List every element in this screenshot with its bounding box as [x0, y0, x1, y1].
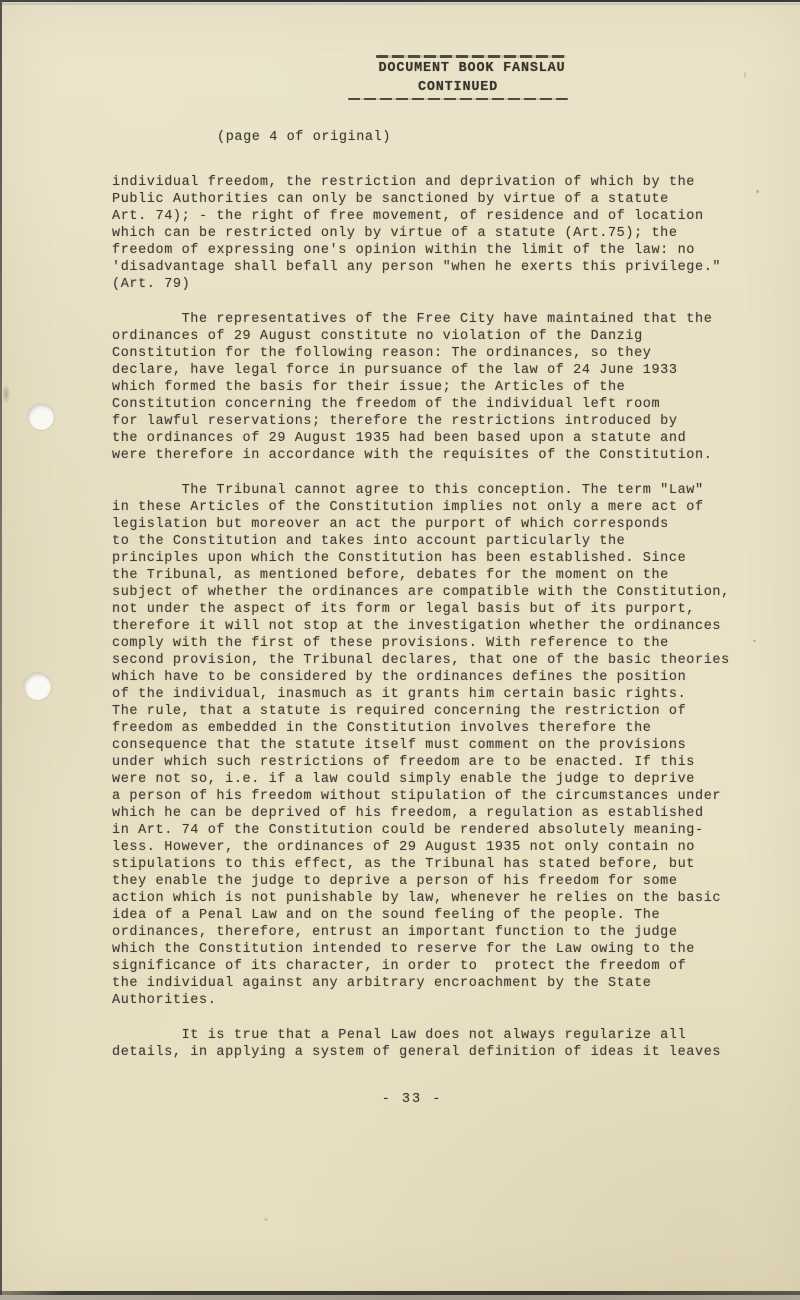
paragraph-tribunal-opinion: The Tribunal cannot agree to this concep…: [112, 482, 760, 1009]
scan-edge-bottom-gray: [0, 1295, 800, 1300]
scanned-document-page: DOCUMENT BOOK FANSLAU CONTINUED (page 4 …: [0, 0, 800, 1300]
paragraph-penal-law: It is true that a Penal Law does not alw…: [112, 1027, 760, 1061]
scan-speck: [264, 1218, 268, 1221]
document-book-title: DOCUMENT BOOK FANSLAU: [376, 60, 568, 77]
header-rule-top: [376, 55, 566, 58]
original-page-reference: (page 4 of original): [217, 130, 391, 145]
punch-hole-top: [28, 404, 54, 430]
scan-speck: [744, 72, 746, 78]
scan-speck: [2, 384, 10, 404]
paragraph-individual-freedom: individual freedom, the restriction and …: [112, 174, 760, 293]
scan-edge-left: [0, 0, 2, 1300]
document-header: DOCUMENT BOOK FANSLAU CONTINUED: [348, 55, 568, 100]
paragraph-free-city-representatives: The representatives of the Free City hav…: [112, 311, 760, 464]
page-number: - 33 -: [112, 1091, 712, 1108]
scan-edge-top-light: [0, 2, 800, 5]
header-rule-bottom: [348, 98, 568, 101]
document-body: individual freedom, the restriction and …: [112, 174, 760, 1108]
punch-hole-bottom: [24, 673, 51, 700]
continued-label: CONTINUED: [348, 79, 568, 96]
